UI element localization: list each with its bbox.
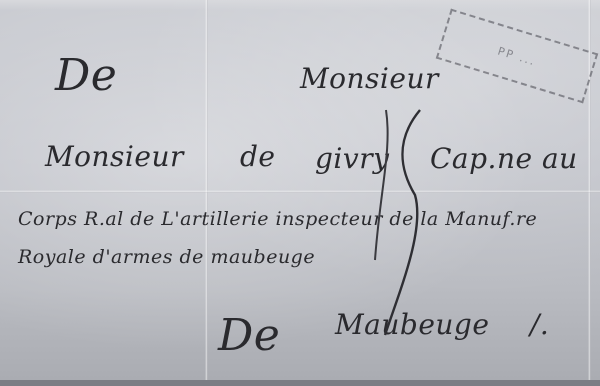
- letter-paper: PP ... De Monsieur Monsieur de givry Cap…: [0, 0, 600, 386]
- postage-mark-strokes: [0, 0, 600, 386]
